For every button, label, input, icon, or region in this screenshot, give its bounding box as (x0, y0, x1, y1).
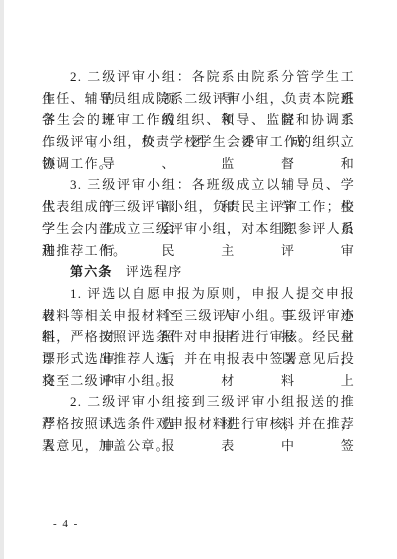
body-text: 和推荐工作。 (42, 243, 127, 258)
text-line: 学生会的评审工作的组织、领导、监督和协调工作。校团委成立 (42, 109, 355, 131)
document-body: 2. 二级评审小组：各院系由院系分管学生工作的领导、班主任、辅导员组成院系二级评… (42, 66, 355, 456)
viewer-left-edge (0, 0, 4, 559)
body-text: 评选程序 (126, 264, 183, 279)
text-line: 料，严格按照评选条件对申报者进行审核。经民主评审后，以投 (42, 326, 355, 348)
text-line: 主任、辅导员组成院系二级评审小组，负责本院系各班级和院系 (42, 88, 355, 110)
text-line: 学生会内部成立三级评审小组，对本组织参评人员进行民主评审 (42, 218, 355, 240)
body-text: 署意见，加盖公章。 (42, 438, 170, 453)
text-line: 严格按照评选条件对申报材料进行审核，并在推荐人申报表中签 (42, 413, 355, 435)
page-number: - 4 - (53, 517, 79, 531)
article-heading-text: 第六条 (70, 264, 113, 279)
text-line: 二级评审小组，负责学校学生会评审工作的组织、领导、监督和 (42, 131, 355, 153)
text-line: 代表组成的三级评审小组，负责民主评审工作；校学生会、院系 (42, 196, 355, 218)
text-line: 票形式选出推荐人选，并在申报表中签署意见后，将申报材料上 (42, 348, 355, 370)
text-line: 3. 三级评审小组：各班级成立以辅导员、学生干部和学生 (42, 174, 355, 196)
text-line: 第六条评选程序 (42, 261, 355, 283)
body-text: 协调工作。 (42, 156, 113, 171)
text-line: 2. 二级评审小组接到三级评审小组报送的推荐人选材料， (42, 391, 355, 413)
text-line: 材料等相关申报材料至三级评审小组。三级评审小组对照申报材 (42, 305, 355, 327)
text-line: 1. 评选以自愿申报为原则，申报人提交申报表、个人事迹 (42, 283, 355, 305)
body-text: 交至二级评审小组。 (42, 373, 170, 388)
text-line: 2. 二级评审小组：各院系由院系分管学生工作的领导、班 (42, 66, 355, 88)
